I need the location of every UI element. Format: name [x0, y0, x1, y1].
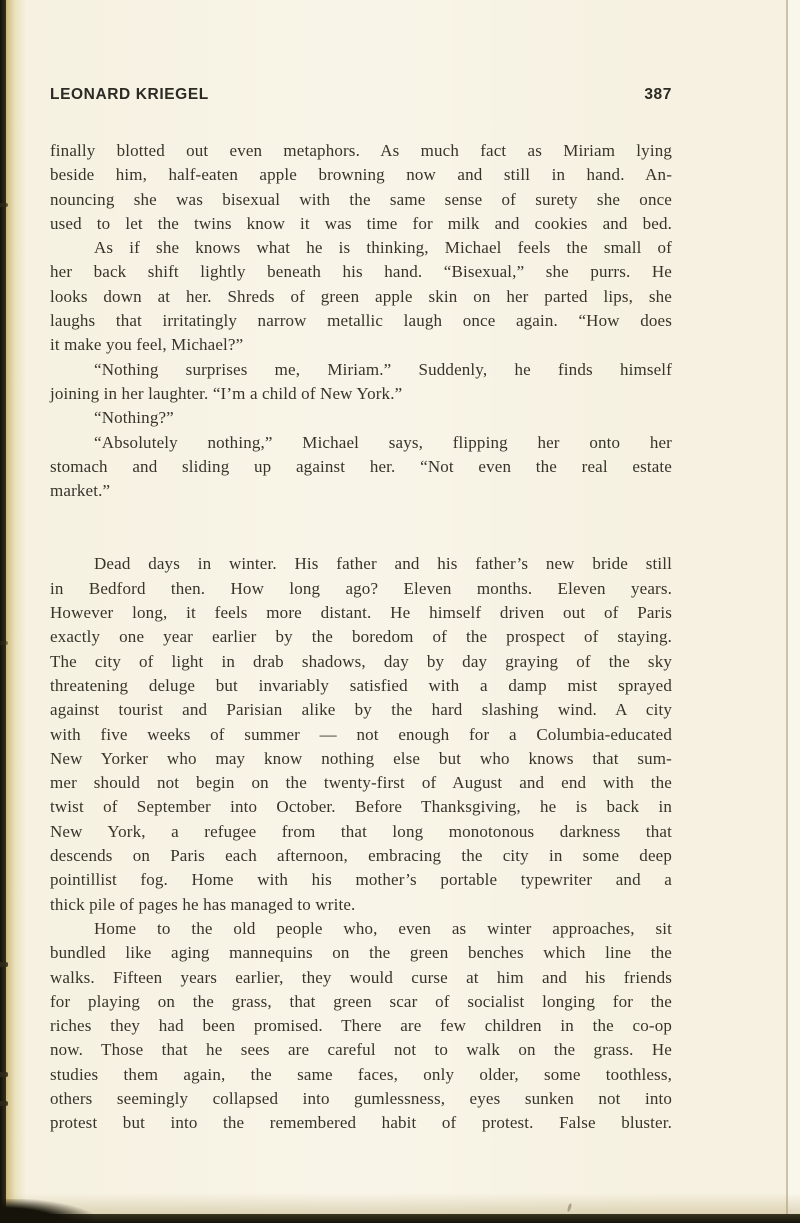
- text-line: joining in her laughter. “I’m a child of…: [50, 382, 672, 406]
- text-line: However long, it feels more distant. He …: [50, 601, 672, 625]
- text-line: twist of September into October. Before …: [50, 795, 672, 819]
- author-name: LEONARD KRIEGEL: [50, 86, 209, 104]
- text-line: bundled like aging mannequins on the gre…: [50, 941, 672, 965]
- page-edge-dark-strip: [0, 0, 6, 1223]
- text-line: nouncing she was bisexual with the same …: [50, 188, 672, 212]
- text-line: used to let the twins know it was time f…: [50, 212, 672, 236]
- text-line: thick pile of pages he has managed to wr…: [50, 893, 672, 917]
- text-line: “Nothing surprises me, Miriam.” Suddenly…: [50, 358, 672, 382]
- text-line: mer should not begin on the twenty-first…: [50, 771, 672, 795]
- text-line: others seemingly collapsed into gumlessn…: [50, 1087, 672, 1111]
- text-line: laughs that irritatingly narrow metallic…: [50, 309, 672, 333]
- scan-artifact-mark: [0, 1072, 8, 1077]
- text-line: finally blotted out even metaphors. As m…: [50, 139, 672, 163]
- text-line: New Yorker who may know nothing else but…: [50, 747, 672, 771]
- text-line: threatening deluge but invariably satisf…: [50, 674, 672, 698]
- text-line: exactly one year earlier by the boredom …: [50, 625, 672, 649]
- paragraph: “Absolutely nothing,” Michael says, flip…: [50, 431, 672, 504]
- text-line: for playing on the grass, that green sca…: [50, 990, 672, 1014]
- text-line: As if she knows what he is thinking, Mic…: [50, 236, 672, 260]
- page-edge-tan-strip: [6, 0, 26, 1223]
- text-line: it make you feel, Michael?”: [50, 333, 672, 357]
- text-line: The city of light in drab shadows, day b…: [50, 650, 672, 674]
- page-number: 387: [644, 86, 672, 104]
- scan-artifact-mark: [0, 1101, 8, 1106]
- text-line: pointillist fog. Home with his mother’s …: [50, 868, 672, 892]
- text-line: studies them again, the same faces, only…: [50, 1063, 672, 1087]
- paragraph: “Nothing surprises me, Miriam.” Suddenly…: [50, 358, 672, 407]
- text-line: Dead days in winter. His father and his …: [50, 552, 672, 576]
- text-line: market.”: [50, 479, 672, 503]
- text-line: New York, a refugee from that long monot…: [50, 820, 672, 844]
- text-line: against tourist and Parisian alike by th…: [50, 698, 672, 722]
- bottom-left-corner-shadow: [0, 1199, 95, 1223]
- text-line: stomach and sliding up against her. “Not…: [50, 455, 672, 479]
- text-line: in Bedford then. How long ago? Eleven mo…: [50, 577, 672, 601]
- text-line: riches they had been promised. There are…: [50, 1014, 672, 1038]
- page-edge-highlight: [788, 0, 800, 1223]
- text-line: descends on Paris each afternoon, embrac…: [50, 844, 672, 868]
- text-line: beside him, half-eaten apple browning no…: [50, 163, 672, 187]
- bottom-edge-shadow: [0, 1193, 800, 1215]
- text-line: protest but into the remembered habit of…: [50, 1111, 672, 1135]
- scan-artifact-mark: [0, 962, 8, 967]
- text-line: “Nothing?”: [50, 406, 672, 430]
- text-line: now. Those that he sees are careful not …: [50, 1038, 672, 1062]
- body-text: finally blotted out even metaphors. As m…: [50, 139, 672, 1136]
- text-line: with five weeks of summer — not enough f…: [50, 723, 672, 747]
- paragraph: “Nothing?”: [50, 406, 672, 430]
- bottom-edge-dark-strip: [0, 1214, 800, 1223]
- paragraph: As if she knows what he is thinking, Mic…: [50, 236, 672, 357]
- text-line: looks down at her. Shreds of green apple…: [50, 285, 672, 309]
- paragraph: Dead days in winter. His father and his …: [50, 552, 672, 916]
- text-line: “Absolutely nothing,” Michael says, flip…: [50, 431, 672, 455]
- text-line: her back shift lightly beneath his hand.…: [50, 260, 672, 284]
- paragraph: finally blotted out even metaphors. As m…: [50, 139, 672, 236]
- paragraph: Home to the old people who, even as wint…: [50, 917, 672, 1136]
- scan-artifact-mark: [0, 641, 8, 645]
- text-line: Home to the old people who, even as wint…: [50, 917, 672, 941]
- book-page-scan: { "colors": { "paper": "#f6f1e0", "paper…: [0, 0, 800, 1223]
- text-line: walks. Fifteen years earlier, they would…: [50, 966, 672, 990]
- scan-artifact-mark: [0, 203, 8, 207]
- running-header: LEONARD KRIEGEL 387: [50, 86, 672, 104]
